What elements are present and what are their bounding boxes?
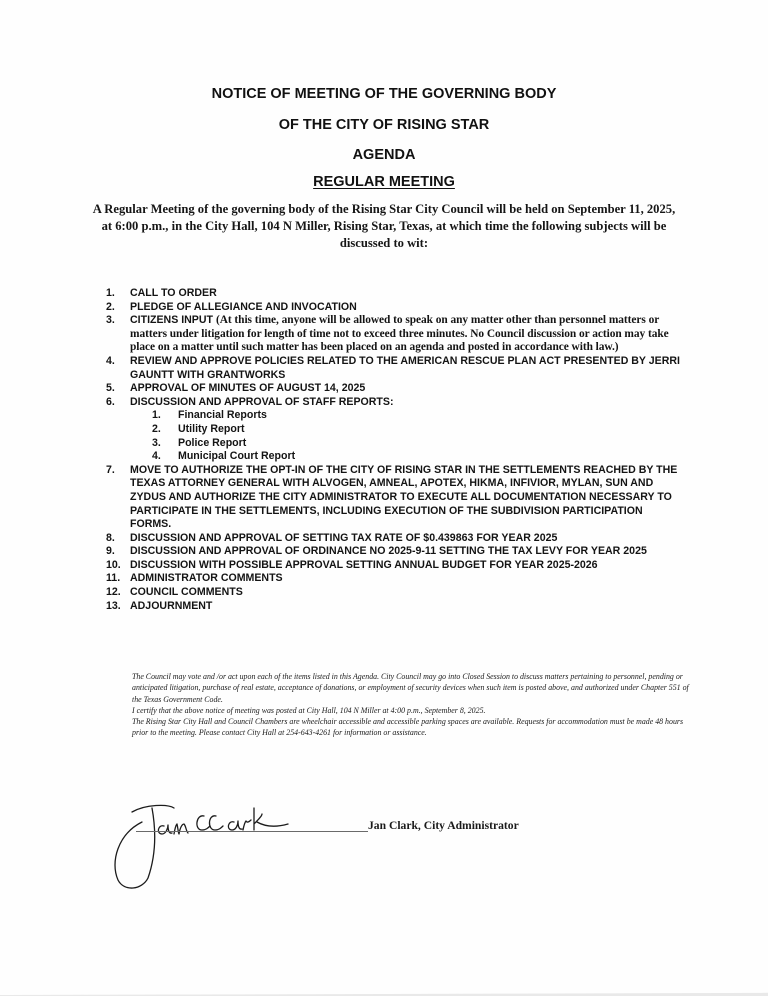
agenda-subitem-number: 1. xyxy=(152,409,161,423)
agenda-item: 13.ADJOURNMENT xyxy=(106,600,686,614)
agenda-item: 6.DISCUSSION AND APPROVAL OF STAFF REPOR… xyxy=(106,396,686,464)
agenda-subitem-text: Police Report xyxy=(178,437,246,449)
agenda-heading: AGENDA xyxy=(0,147,768,163)
staff-reports-sublist: 1.Financial Reports 2.Utility Report 3.P… xyxy=(130,409,686,463)
agenda-subitem-text: Financial Reports xyxy=(178,409,267,421)
agenda-item-number: 12. xyxy=(106,586,121,600)
agenda-item-text: COUNCIL COMMENTS xyxy=(130,586,243,598)
agenda-item-text: CITIZENS INPUT xyxy=(130,314,213,326)
agenda-subitem: 1.Financial Reports xyxy=(152,409,686,423)
agenda-subitem-number: 2. xyxy=(152,423,161,437)
agenda-subitem-text: Municipal Court Report xyxy=(178,450,295,462)
closed-session-notice: The Council may vote and /or act upon ea… xyxy=(132,671,692,705)
agenda-item: 5.APPROVAL OF MINUTES OF AUGUST 14, 2025 xyxy=(106,382,686,396)
agenda-item: 8.DISCUSSION AND APPROVAL OF SETTING TAX… xyxy=(106,532,686,546)
agenda-list: 1.CALL TO ORDER 2.PLEDGE OF ALLEGIANCE A… xyxy=(106,287,686,613)
agenda-item-text: CALL TO ORDER xyxy=(130,287,217,299)
agenda-item-number: 13. xyxy=(106,600,121,614)
agenda-item-text: ADJOURNMENT xyxy=(130,600,212,612)
agenda-item: 11.ADMINISTRATOR COMMENTS xyxy=(106,572,686,586)
agenda-item-text: MOVE TO AUTHORIZE THE OPT-IN OF THE CITY… xyxy=(130,464,677,530)
agenda-item-text: APPROVAL OF MINUTES OF AUGUST 14, 2025 xyxy=(130,382,365,394)
handwritten-signature: Jan Clark xyxy=(112,800,312,892)
agenda-item-text: DISCUSSION AND APPROVAL OF STAFF REPORTS… xyxy=(130,396,393,408)
agenda-item: 9.DISCUSSION AND APPROVAL OF ORDINANCE N… xyxy=(106,545,686,559)
meeting-type-heading: REGULAR MEETING xyxy=(0,174,768,190)
agenda-item-text: DISCUSSION AND APPROVAL OF ORDINANCE NO … xyxy=(130,545,647,557)
agenda-item-text: ADMINISTRATOR COMMENTS xyxy=(130,572,283,584)
agenda-item-number: 2. xyxy=(106,301,115,315)
agenda-subitem: 2.Utility Report xyxy=(152,423,686,437)
agenda-item: 12.COUNCIL COMMENTS xyxy=(106,586,686,600)
agenda-item: 7.MOVE TO AUTHORIZE THE OPT-IN OF THE CI… xyxy=(106,464,686,532)
signature-line xyxy=(136,831,368,832)
agenda-subitem-number: 3. xyxy=(152,437,161,451)
agenda-item: 2.PLEDGE OF ALLEGIANCE AND INVOCATION xyxy=(106,301,686,315)
agenda-document-page: NOTICE OF MEETING OF THE GOVERNING BODY … xyxy=(0,0,768,996)
agenda-subitem: 3.Police Report xyxy=(152,437,686,451)
city-heading: OF THE CITY OF RISING STAR xyxy=(0,117,768,133)
agenda-item: 4.REVIEW AND APPROVE POLICIES RELATED TO… xyxy=(106,355,686,382)
agenda-subitem: 4.Municipal Court Report xyxy=(152,450,686,464)
meeting-intro-paragraph: A Regular Meeting of the governing body … xyxy=(90,201,678,252)
scan-edge-shadow xyxy=(0,990,768,996)
agenda-item-number: 4. xyxy=(106,355,115,369)
agenda-item-text: PLEDGE OF ALLEGIANCE AND INVOCATION xyxy=(130,301,357,313)
accessibility-notice: The Rising Star City Hall and Council Ch… xyxy=(132,716,692,739)
notice-heading: NOTICE OF MEETING OF THE GOVERNING BODY xyxy=(0,86,768,102)
agenda-item-number: 7. xyxy=(106,464,115,478)
agenda-item: 3.CITIZENS INPUT (At this time, anyone w… xyxy=(106,314,686,355)
legal-notice-footer: The Council may vote and /or act upon ea… xyxy=(132,671,692,739)
agenda-item-number: 1. xyxy=(106,287,115,301)
agenda-item-number: 10. xyxy=(106,559,121,573)
agenda-item-number: 6. xyxy=(106,396,115,410)
agenda-item-text: REVIEW AND APPROVE POLICIES RELATED TO T… xyxy=(130,355,680,381)
posting-certification: I certify that the above notice of meeti… xyxy=(132,705,692,716)
agenda-subitem-text: Utility Report xyxy=(178,423,245,435)
agenda-item-number: 9. xyxy=(106,545,115,559)
agenda-item: 10.DISCUSSION WITH POSSIBLE APPROVAL SET… xyxy=(106,559,686,573)
agenda-subitem-number: 4. xyxy=(152,450,161,464)
signatory-name-title: Jan Clark, City Administrator xyxy=(368,819,519,832)
agenda-item-number: 8. xyxy=(106,532,115,546)
agenda-item-number: 11. xyxy=(106,572,120,586)
agenda-item-text: DISCUSSION AND APPROVAL OF SETTING TAX R… xyxy=(130,532,557,544)
agenda-item-text: DISCUSSION WITH POSSIBLE APPROVAL SETTIN… xyxy=(130,559,598,571)
agenda-item-number: 5. xyxy=(106,382,115,396)
agenda-item-number: 3. xyxy=(106,314,115,328)
agenda-item: 1.CALL TO ORDER xyxy=(106,287,686,301)
